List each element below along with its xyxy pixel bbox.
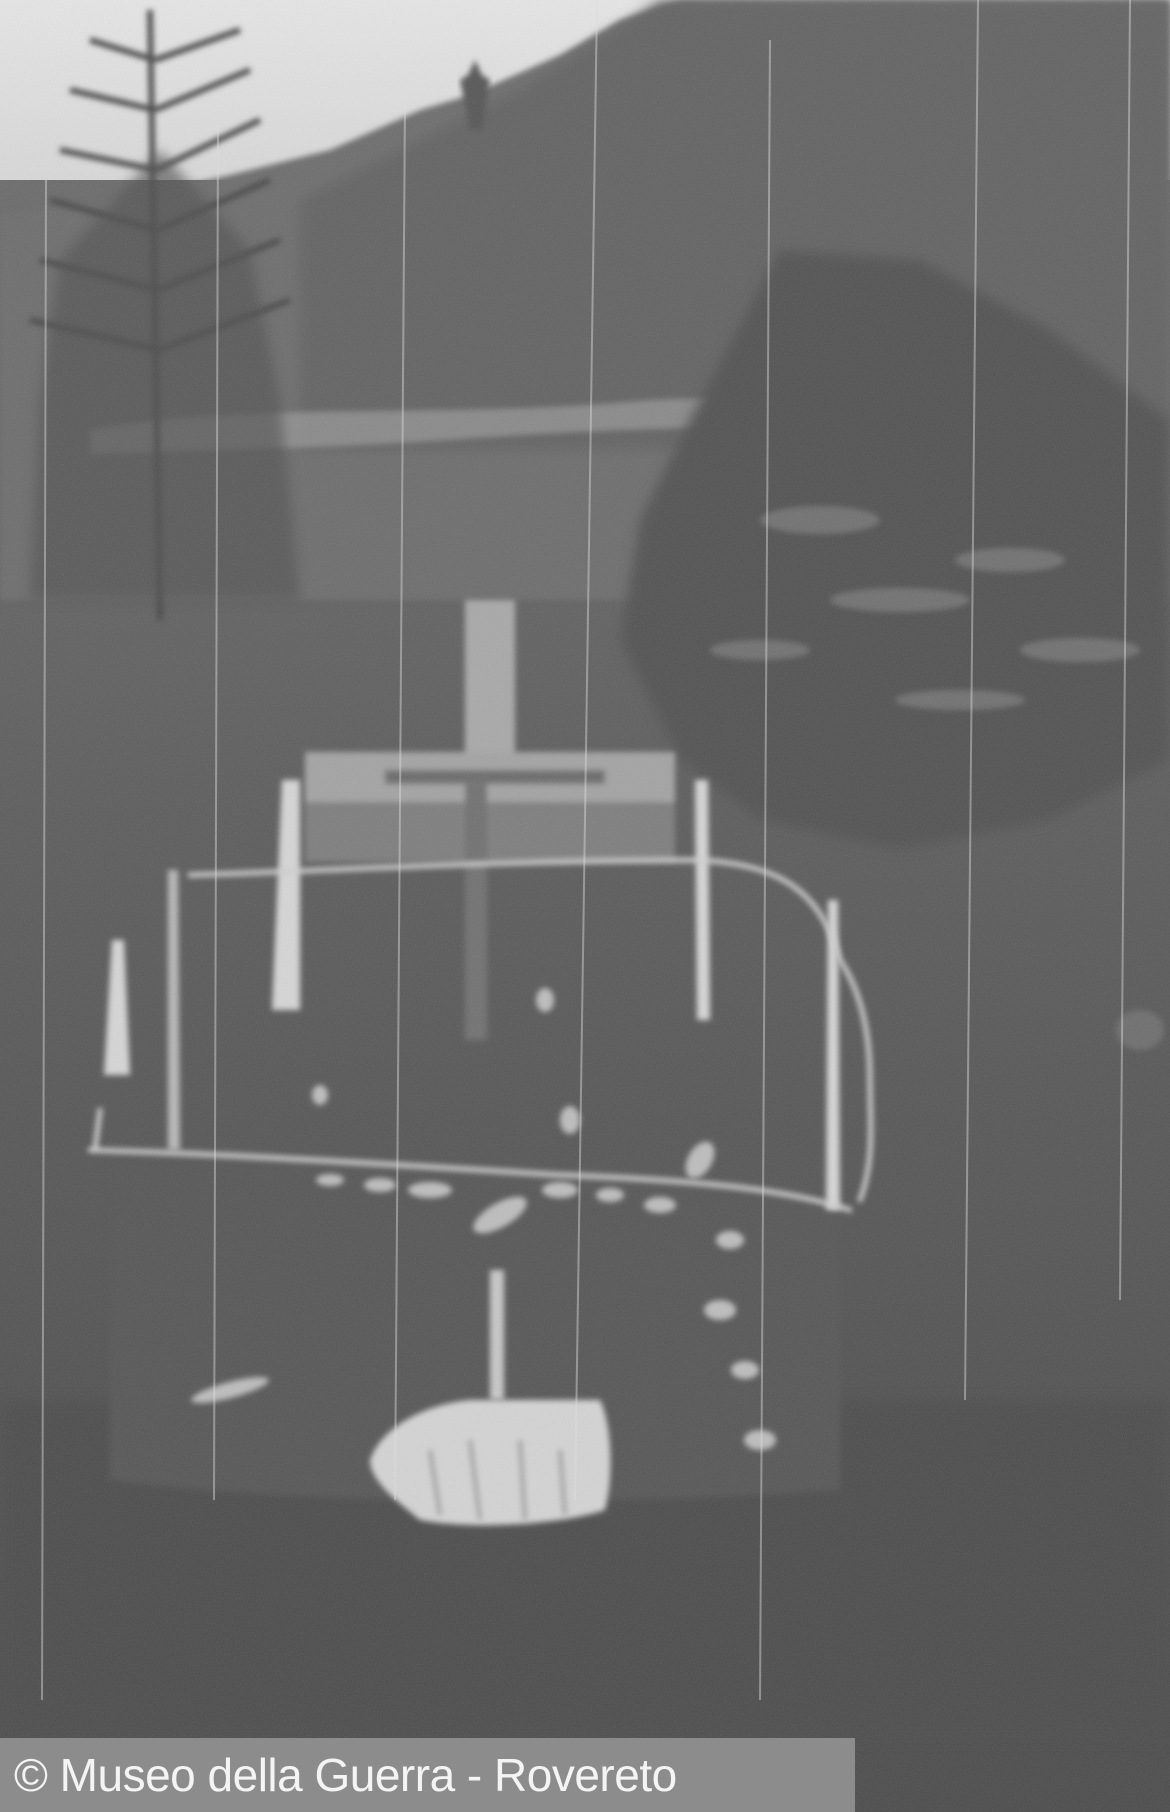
grave-photograph: © Museo della Guerra - Rovereto bbox=[0, 0, 1170, 1812]
photo-scene bbox=[0, 0, 1170, 1812]
watermark-caption: © Museo della Guerra - Rovereto bbox=[0, 1738, 855, 1812]
watermark-text: © Museo della Guerra - Rovereto bbox=[14, 1748, 677, 1802]
